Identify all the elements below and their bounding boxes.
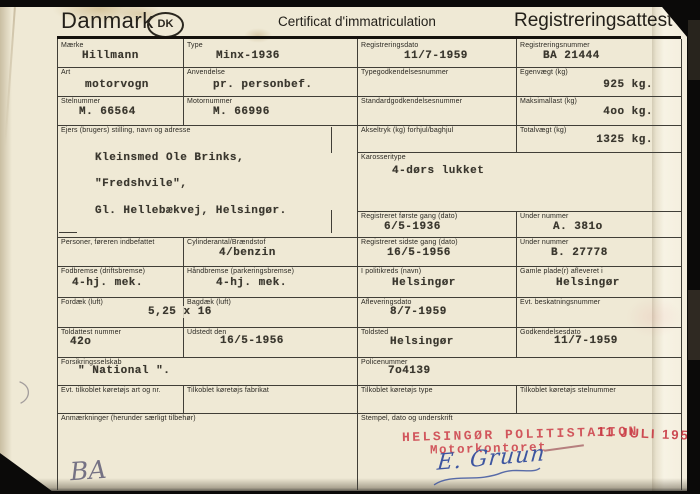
grid-line (516, 39, 517, 152)
grid-line (57, 327, 681, 328)
field-registreringsnummer-label: Registreringsnummer (520, 42, 590, 49)
grid-line (57, 237, 681, 238)
field-karosseritype-label: Karosseritype (361, 154, 406, 161)
field-type-value: Minx-1936 (216, 50, 280, 62)
field-registreringsdato-label: Registreringsdato (361, 42, 418, 49)
field-akseltryk-label: Akseltryk (kg) forhjul/baghjul (361, 127, 453, 134)
field-under-nummer-1-label: Under nummer (520, 213, 568, 220)
field-type-label: Type (187, 42, 203, 49)
field-motornummer-value: M. 66996 (213, 106, 270, 118)
date-stamp: 11 JULI 1959 (597, 424, 700, 443)
field-anmaerkninger-label: Anmærkninger (herunder særligt tilbehør) (61, 415, 196, 422)
field-stelnummer-label: Stelnummer (61, 98, 100, 105)
field-anvendelse-value: pr. personbef. (213, 79, 312, 91)
field-egenvaegt-value: 925 kg. (540, 79, 653, 91)
field-personer-label: Personer, føreren indbefattet (61, 239, 154, 246)
grid-line (681, 39, 682, 490)
grid-line (183, 385, 184, 413)
grid-line (183, 237, 184, 357)
grid-line (357, 211, 681, 212)
field-tilkoblet-type-label: Tilkoblet køretøjs type (361, 387, 433, 394)
field-art-value: motorvogn (85, 79, 149, 91)
field-haandbremse-value: 4-hj. mek. (216, 277, 287, 289)
field-cylinderantal-value: 4/benzin (219, 247, 276, 259)
field-bagdaek-label: Bagdæk (luft) (187, 299, 231, 306)
field-fordaek-label: Fordæk (luft) (61, 299, 103, 306)
field-stelnummer-value: M. 66564 (79, 106, 136, 118)
field-toldattest-label: Toldattest nummer (61, 329, 121, 336)
field-registreret-sidste-label: Registreret sidste gang (dato) (361, 239, 458, 246)
grid-line (57, 385, 681, 386)
pen-mark (18, 380, 34, 406)
field-standardgodkendelsesnummer-label: Standardgodkendelsesnummer (361, 98, 462, 105)
field-udstedt-den-value: 16/5-1956 (220, 335, 284, 347)
field-haandbremse-label: Håndbremse (parkeringsbremse) (187, 268, 294, 275)
field-policenummer-value: 7o4139 (388, 365, 431, 377)
header-rule (57, 36, 681, 39)
grid-line (516, 385, 517, 413)
field-cylinderantal-label: Cylinderantal/Brændstof (187, 239, 266, 246)
stain-4 (626, 296, 681, 338)
field-toldattest-value: 42o (70, 336, 91, 348)
field-politikreds-value: Helsingør (392, 277, 456, 289)
field-beskatningsnummer-label: Evt. beskatningsnummer (520, 299, 600, 306)
field-under-nummer-2-label: Under nummer (520, 239, 568, 246)
field-fordaek-value: 5,25 x 16 (148, 306, 212, 318)
field-maksimallast-label: Maksimallast (kg) (520, 98, 577, 105)
field-typegodkendelsesnummer-label: Typegodkendelsesnummer (361, 69, 448, 76)
corner-tick (59, 232, 77, 233)
field-afleveringsdato-label: Afleveringsdato (361, 299, 412, 306)
field-maerke-value: Hillmann (82, 50, 139, 62)
field-godkendelsesdato-value: 11/7-1959 (554, 335, 618, 347)
field-ejer-label: Ejers (brugers) stilling, navn og adress… (61, 127, 190, 134)
field-under-nummer-1-value: A. 381o (553, 221, 603, 233)
grid-line (57, 413, 681, 414)
handwritten-initials: BA (69, 455, 107, 486)
field-fodbremse-label: Fodbremse (driftsbremse) (61, 268, 145, 275)
field-karosseritype-value: 4-dørs lukket (392, 165, 484, 177)
scan-edge-highlight (688, 20, 700, 80)
field-gamle-plader-value: Helsingør (556, 277, 620, 289)
corner-tick (331, 210, 332, 233)
field-politikreds-label: I politikreds (navn) (361, 268, 421, 275)
field-registreringsnummer-value: BA 21444 (543, 50, 600, 62)
grid-line (357, 39, 358, 490)
field-afleveringsdato-value: 8/7-1959 (390, 306, 447, 318)
owner-line-2: "Fredshvile", (95, 178, 187, 190)
title-french: Certificat d'immatriculation (278, 14, 436, 29)
corner-tick (331, 127, 332, 153)
field-toldsted-label: Toldsted (361, 329, 388, 336)
country-code-oval: DK (147, 12, 184, 38)
field-registreringsdato-value: 11/7-1959 (404, 50, 468, 62)
field-stempel-label: Stempel, dato og underskrift (361, 415, 453, 422)
pen-dash (544, 444, 584, 452)
field-registreret-sidste-value: 16/5-1956 (387, 247, 451, 259)
grid-line (57, 67, 681, 68)
owner-line-1: Kleinsmed Ole Brinks, (95, 152, 244, 164)
grid-line (516, 211, 517, 357)
field-toldsted-value: Helsingør (390, 336, 454, 348)
field-maerke-label: Mærke (61, 42, 84, 49)
grid-line (57, 39, 58, 490)
field-registreret-foerste-value: 6/5-1936 (384, 221, 441, 233)
field-forsikringsselskab-value: " National ". (78, 365, 170, 377)
grid-line (57, 266, 681, 267)
fold-crease (4, 7, 16, 147)
field-gamle-plader-label: Gamle plade(r) afleveret i (520, 268, 603, 275)
certificate-paper: Danmark DK Certificat d'immatriculation … (0, 0, 700, 494)
title-danish: Registreringsattest (514, 10, 672, 32)
field-under-nummer-2-value: B. 27778 (551, 247, 608, 259)
grid-line (183, 39, 184, 125)
scan-edge-highlight (688, 290, 700, 360)
left-edge-shade (0, 7, 12, 491)
field-tilkoblet-fabrikat-label: Tilkoblet køretøjs fabrikat (187, 387, 269, 394)
field-art-label: Art (61, 69, 70, 76)
field-egenvaegt-label: Egenvægt (kg) (520, 69, 568, 76)
field-fodbremse-value: 4-hj. mek. (72, 277, 143, 289)
grid-line (57, 96, 681, 97)
field-motornummer-label: Motornummer (187, 98, 232, 105)
grid-line (57, 357, 681, 358)
field-totalvaegt-value: 1325 kg. (540, 134, 653, 146)
field-totalvaegt-label: Totalvægt (kg) (520, 127, 566, 134)
grid-line (57, 125, 681, 126)
country-title: Danmark (61, 8, 154, 34)
field-maksimallast-value: 4oo kg. (540, 106, 653, 118)
grid-line (357, 152, 681, 153)
grid-line (57, 297, 681, 298)
field-anvendelse-label: Anvendelse (187, 69, 225, 76)
field-registreret-foerste-label: Registreret første gang (dato) (361, 213, 457, 220)
owner-line-3: Gl. Hellebækvej, Helsingør. (95, 205, 287, 217)
field-tilkoblet-stelnummer-label: Tilkoblet køretøjs stelnummer (520, 387, 616, 394)
field-tilkoblet-art-label: Evt. tilkoblet køretøjs art og nr. (61, 387, 161, 394)
